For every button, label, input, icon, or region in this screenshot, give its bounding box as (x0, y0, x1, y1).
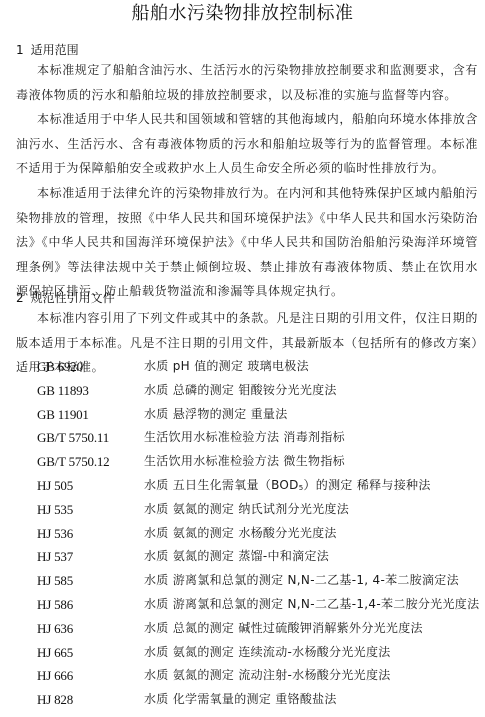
reference-row: HJ 537 水质 氨氮的测定 蒸馏-中和滴定法 (0, 545, 485, 569)
reference-code: HJ 536 (37, 522, 73, 546)
reference-description: 水质 游离氯和总氯的测定 N,N-二乙基-1, 4-苯二胺滴定法 (144, 569, 459, 593)
reference-description: 水质 总磷的测定 钼酸铵分光光度法 (144, 379, 337, 403)
reference-row: HJ 505 水质 五日生化需氧量（BOD5）的测定 稀释与接种法 (0, 474, 485, 498)
reference-code: GB 11901 (37, 403, 89, 427)
reference-description: 水质 氨氮的测定 纳氏试剂分光光度法 (144, 498, 349, 522)
reference-row: HJ 586 水质 游离氯和总氯的测定 N,N-二乙基-1,4-苯二胺分光光度法 (0, 593, 485, 617)
document-title: 船舶水污染物排放控制标准 (0, 2, 485, 26)
reference-description: 水质 五日生化需氧量（BOD5）的测定 稀释与接种法 (144, 474, 431, 501)
section-title: 适用范围 (31, 43, 79, 57)
section-1-heading: 1适用范围 (16, 42, 79, 58)
reference-code: HJ 505 (37, 474, 73, 498)
reference-row: GB 11893 水质 总磷的测定 钼酸铵分光光度法 (0, 379, 485, 403)
reference-row: HJ 666 水质 氨氮的测定 流动注射-水杨酸分光光度法 (0, 664, 485, 688)
section-2-heading: 2规范性引用文件 (16, 290, 115, 306)
reference-code: GB 6920 (37, 355, 83, 379)
reference-row: HJ 636 水质 总氮的测定 碱性过硫酸钾消解紫外分光光度法 (0, 617, 485, 641)
reference-description: 水质 氨氮的测定 水杨酸分光光度法 (144, 522, 337, 546)
reference-description-part: ）的测定 稀释与接种法 (304, 478, 431, 492)
reference-description: 水质 pH 值的测定 玻璃电极法 (144, 355, 309, 379)
reference-row: HJ 585 水质 游离氯和总氯的测定 N,N-二乙基-1, 4-苯二胺滴定法 (0, 569, 485, 593)
reference-code: HJ 828 (37, 688, 73, 712)
reference-row: GB/T 5750.11 生活饮用水标准检验方法 消毒剂指标 (0, 426, 485, 450)
reference-code: HJ 586 (37, 593, 73, 617)
reference-code: HJ 585 (37, 569, 73, 593)
reference-row: HJ 535 水质 氨氮的测定 纳氏试剂分光光度法 (0, 498, 485, 522)
reference-description-part: 水质 五日生化需氧量（BOD (144, 478, 299, 492)
reference-description: 水质 总氮的测定 碱性过硫酸钾消解紫外分光光度法 (144, 617, 423, 641)
normative-references-list: GB 6920 水质 pH 值的测定 玻璃电极法 GB 11893 水质 总磷的… (0, 355, 485, 712)
reference-row: GB 6920 水质 pH 值的测定 玻璃电极法 (0, 355, 485, 379)
reference-code: HJ 666 (37, 664, 73, 688)
section-number: 2 (16, 291, 24, 305)
section-title: 规范性引用文件 (31, 291, 115, 305)
reference-row: GB 11901 水质 悬浮物的测定 重量法 (0, 403, 485, 427)
reference-description: 水质 氨氮的测定 蒸馏-中和滴定法 (144, 545, 329, 569)
reference-description: 水质 悬浮物的测定 重量法 (144, 403, 288, 427)
reference-row: HJ 665 水质 氨氮的测定 连续流动-水杨酸分光光度法 (0, 641, 485, 665)
reference-code: GB 11893 (37, 379, 89, 403)
reference-row: HJ 828 水质 化学需氧量的测定 重铬酸盐法 (0, 688, 485, 712)
reference-code: HJ 665 (37, 641, 73, 665)
reference-code: GB/T 5750.12 (37, 450, 109, 474)
section-1-paragraph-1: 本标准规定了船舶含油污水、生活污水的污染物排放控制要求和监测要求，含有毒液体物质… (16, 58, 478, 107)
reference-description: 水质 氨氮的测定 连续流动-水杨酸分光光度法 (144, 641, 391, 665)
reference-code: GB/T 5750.11 (37, 426, 109, 450)
document-page: 船舶水污染物排放控制标准 1适用范围 本标准规定了船舶含油污水、生活污水的污染物… (0, 0, 485, 717)
section-1-paragraph-2: 本标准适用于中华人民共和国领域和管辖的其他海域内，船舶向环境水体排放含油污水、生… (16, 107, 478, 181)
reference-code: HJ 535 (37, 498, 73, 522)
reference-description: 生活饮用水标准检验方法 消毒剂指标 (144, 426, 345, 450)
reference-row: GB/T 5750.12 生活饮用水标准检验方法 微生物指标 (0, 450, 485, 474)
section-number: 1 (16, 43, 24, 57)
section-1-paragraph-3: 本标准适用于法律允许的污染物排放行为。在内河和其他特殊保护区域内船舶污染物排放的… (16, 181, 478, 304)
reference-row: HJ 536 水质 氨氮的测定 水杨酸分光光度法 (0, 522, 485, 546)
reference-description: 水质 氨氮的测定 流动注射-水杨酸分光光度法 (144, 664, 391, 688)
reference-code: HJ 636 (37, 617, 73, 641)
reference-description: 生活饮用水标准检验方法 微生物指标 (144, 450, 345, 474)
reference-code: HJ 537 (37, 545, 73, 569)
reference-description: 水质 化学需氧量的测定 重铬酸盐法 (144, 688, 337, 712)
reference-description: 水质 游离氯和总氯的测定 N,N-二乙基-1,4-苯二胺分光光度法 (144, 593, 479, 617)
